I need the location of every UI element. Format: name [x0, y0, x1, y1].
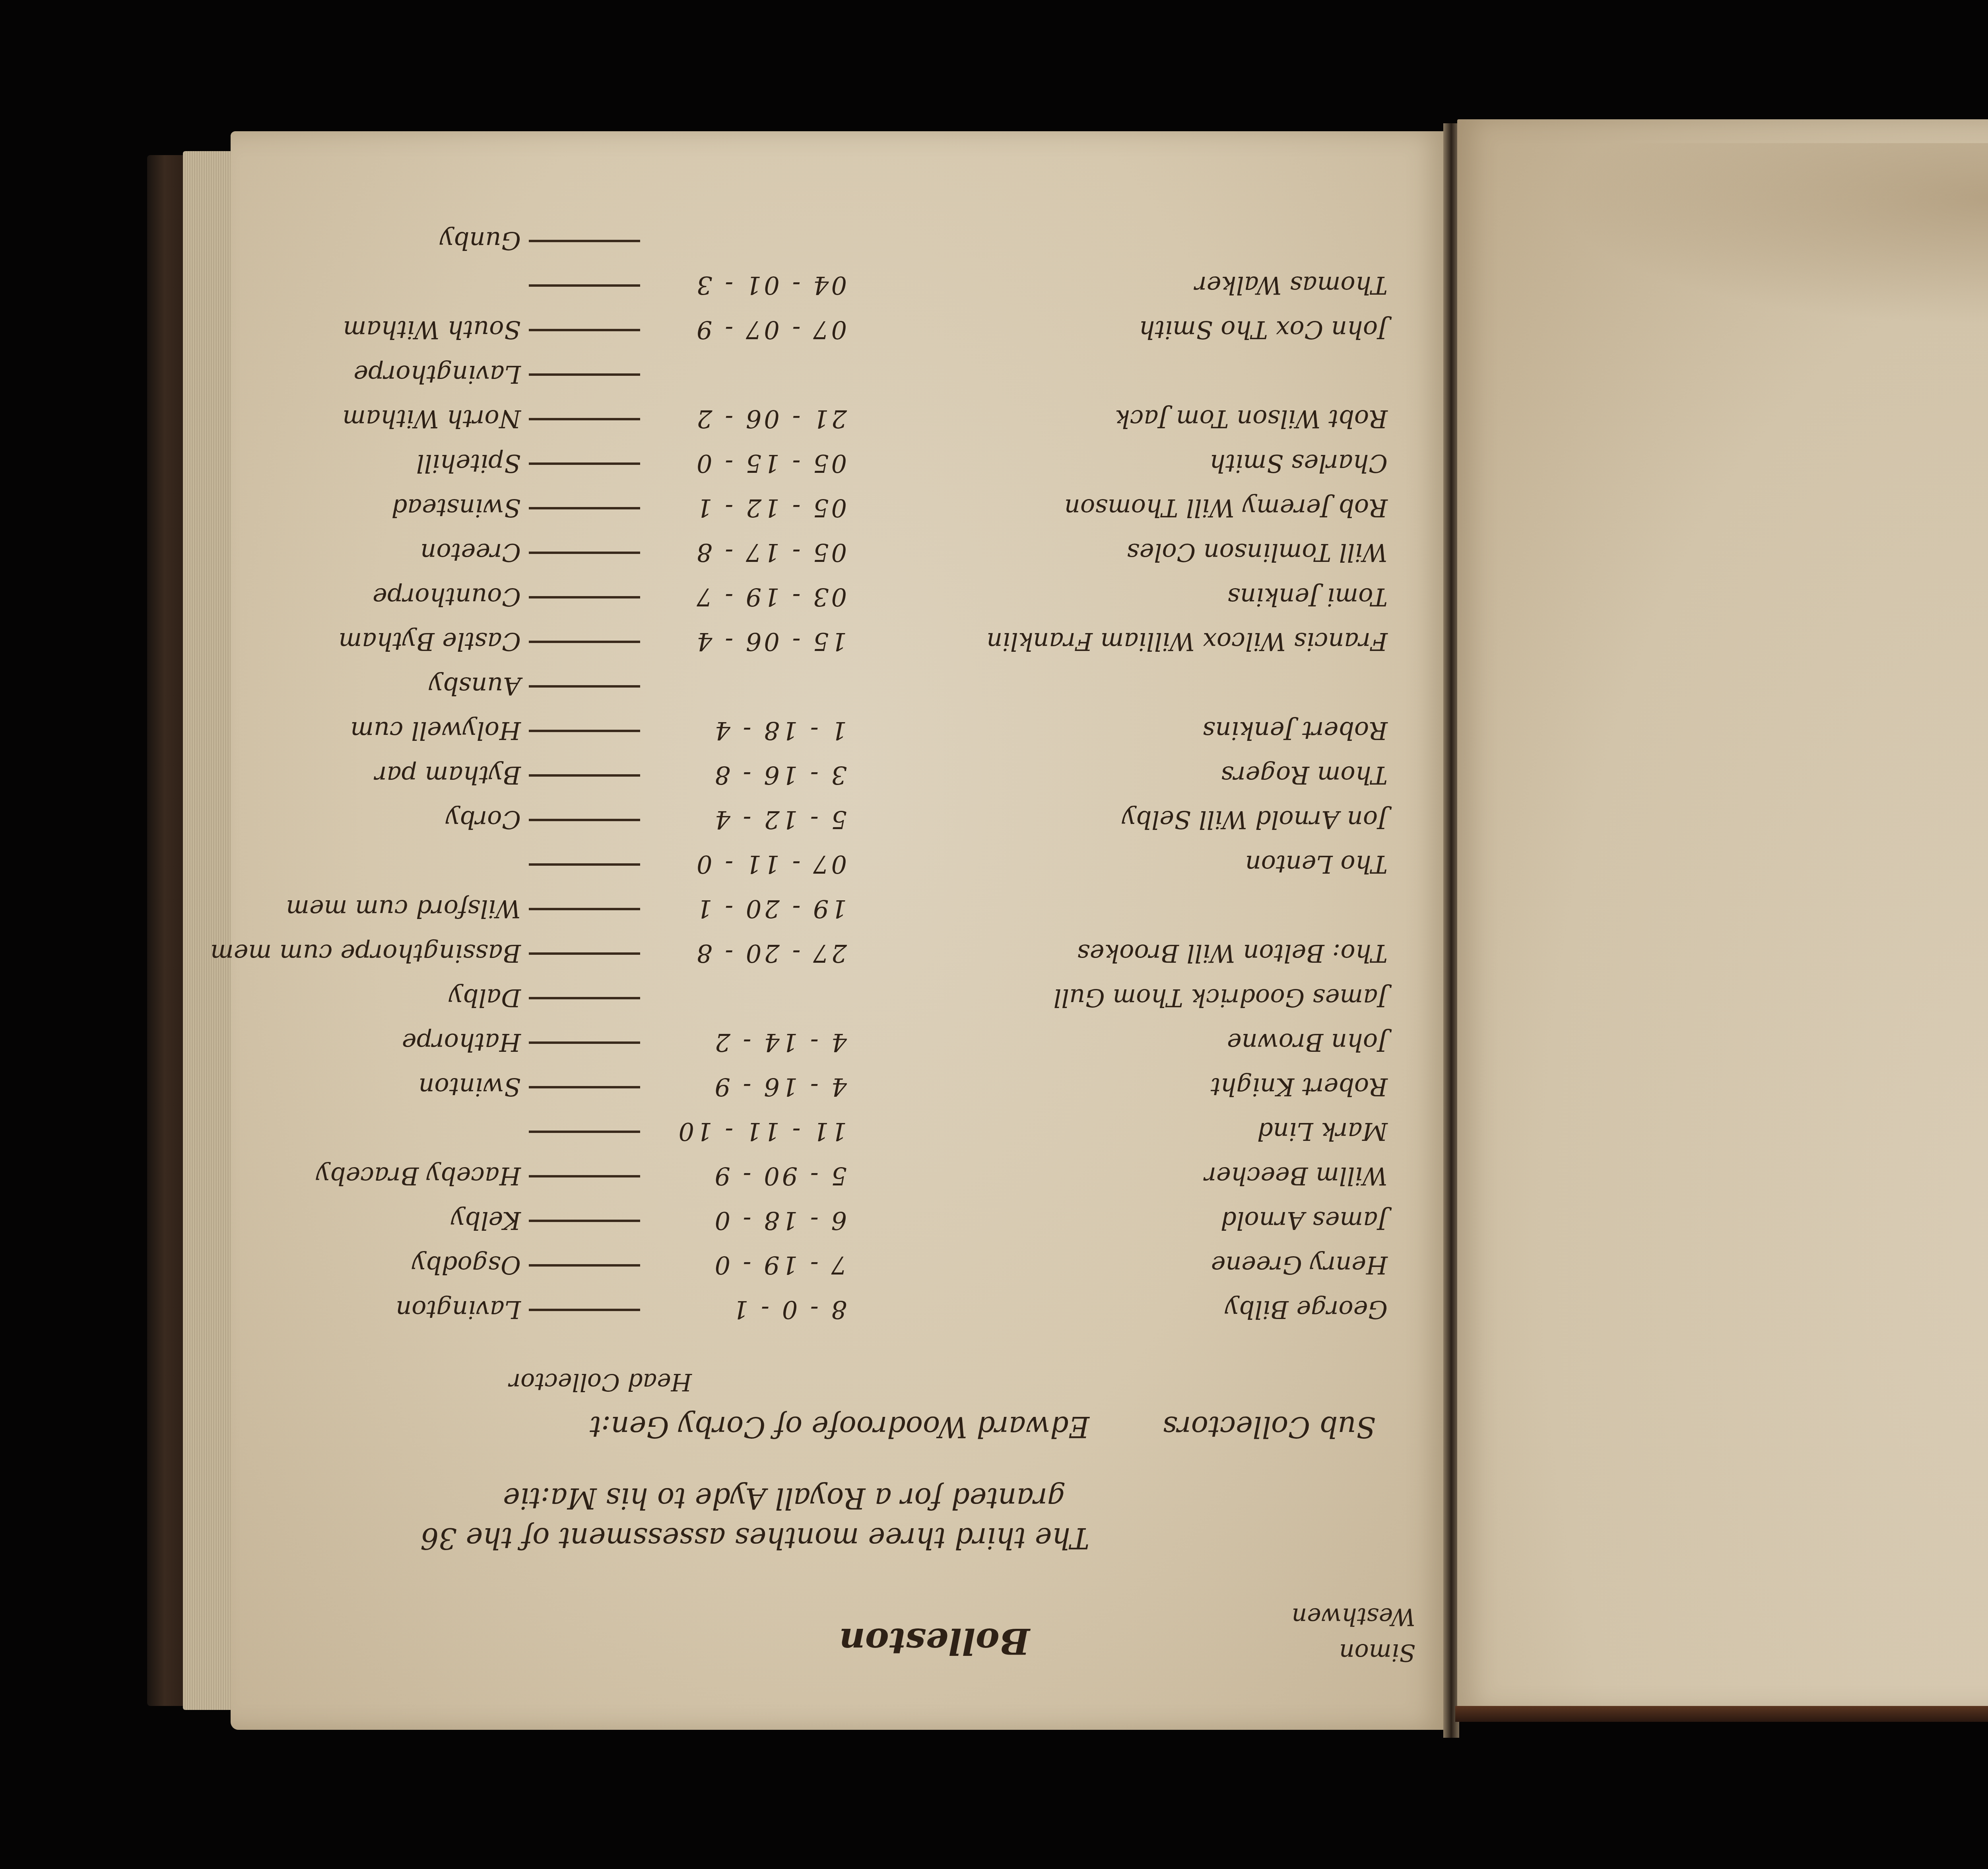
amount: 5 - 12 - 4 — [648, 806, 847, 835]
place-name: Hathorpe — [274, 1028, 521, 1057]
dash-rule — [529, 774, 640, 777]
dash-rule — [529, 908, 640, 910]
ledger-row: Jon Arnold Will Selby5 - 12 - 4Corby — [274, 798, 1388, 842]
ledger-row: 19 - 20 - 1Wilsford cum mem — [274, 887, 1388, 931]
sub-collectors-label: Sub Collectors — [1163, 1410, 1376, 1444]
ledger-row: George Bilby8 - 0 - 1Lavington — [274, 1288, 1388, 1332]
margin-note-line: Westhwen — [1292, 1599, 1415, 1634]
amount: 7 - 19 - 0 — [648, 1251, 847, 1280]
amount: 07 - 07 - 9 — [648, 316, 847, 345]
place-name: Bytham par — [274, 761, 521, 790]
collector-name: Robt Wilson Tom Jack — [847, 405, 1388, 434]
ledger-row: Mark Lind11 - 11 - 10 — [274, 1109, 1388, 1154]
amount: 4 - 14 - 2 — [648, 1028, 847, 1057]
ledger-row: Tomi Jenkins03 - 19 - 7Counthorpe — [274, 575, 1388, 620]
ledger-row: Francis Wilcox William Franklin15 - 06 -… — [274, 620, 1388, 664]
collector-name: Tomi Jenkins — [847, 583, 1388, 612]
place-name: Counthorpe — [274, 583, 521, 612]
dash-rule — [529, 863, 640, 866]
collector-name: Mark Lind — [847, 1117, 1388, 1146]
ledger-row: Aunsby — [274, 664, 1388, 709]
margin-note-line: Simon — [1292, 1634, 1415, 1670]
dash-rule — [529, 284, 640, 287]
collector-name: Will Tomlinson Coles — [847, 538, 1388, 567]
collector-name: John Browne — [847, 1028, 1388, 1057]
amount: 11 - 11 - 10 — [648, 1117, 847, 1146]
water-stain — [1557, 143, 1988, 326]
place-name: Spitehill — [274, 449, 521, 478]
left-page-handwriting: Bolleston Simon Westhwen The third three… — [231, 131, 1447, 1730]
collector-name: Thomas Walker — [847, 271, 1388, 300]
amount: 05 - 12 - 1 — [648, 494, 847, 523]
place-name: Lavingthorpe — [274, 360, 521, 389]
amount: 21 - 06 - 2 — [648, 405, 847, 434]
place-name: Kelby — [274, 1206, 521, 1236]
amount: 6 - 18 - 0 — [648, 1206, 847, 1236]
collector-name: Henry Greene — [847, 1251, 1388, 1280]
page-heading: Bolleston — [839, 1620, 1030, 1662]
open-book: Bolleston Simon Westhwen The third three… — [147, 107, 1988, 1742]
place-name: Castle Bytham — [274, 628, 521, 657]
collector-name: Rob Jeremy Will Thomson — [847, 494, 1388, 523]
dash-rule — [529, 507, 640, 509]
collector-name: John Cox Tho Smith — [847, 316, 1388, 345]
collector-name: Willm Beecher — [847, 1162, 1388, 1191]
page-stack-edge — [183, 151, 235, 1710]
ledger-row: Charles Smith05 - 15 - 0Spitehill — [274, 441, 1388, 486]
ledger-row: Lavingthorpe — [274, 352, 1388, 397]
ledger-row: Gunby — [274, 219, 1388, 263]
dash-rule — [529, 952, 640, 955]
amount: 8 - 0 - 1 — [648, 1296, 847, 1325]
collector-name: Robert Knight — [847, 1073, 1388, 1102]
collector-name: Robert Jenkins — [847, 717, 1388, 746]
dash-rule — [529, 819, 640, 821]
place-name: Osgodby — [274, 1251, 521, 1280]
collector-name: Jon Arnold Will Selby — [847, 806, 1388, 835]
amount: 07 - 11 - 0 — [648, 850, 847, 879]
amount: 3 - 16 - 8 — [648, 761, 847, 790]
collector-name: James Arnold — [847, 1206, 1388, 1236]
collector-name: Charles Smith — [847, 449, 1388, 478]
ledger-row: Thom Rogers3 - 16 - 8Bytham par — [274, 753, 1388, 798]
amount: 4 - 16 - 9 — [648, 1073, 847, 1102]
title-line: The third three monthes assessment of th… — [420, 1521, 1089, 1555]
dash-rule — [529, 1086, 640, 1088]
ledger-entries: George Bilby8 - 0 - 1Lavington Henry Gre… — [274, 219, 1388, 1332]
dash-rule — [529, 1309, 640, 1311]
ledger-row: Rob Jeremy Will Thomson05 - 12 - 1Swinst… — [274, 486, 1388, 530]
dash-rule — [529, 641, 640, 643]
place-name: Swinton — [274, 1073, 521, 1102]
ledger-row: Willm Beecher5 - 90 - 9Haceby Braceby — [274, 1154, 1388, 1199]
place-name: Bassingthorpe cum mem — [274, 939, 521, 968]
ledger-row: Robert Jenkins1 - 18 - 4Holywell cum — [274, 709, 1388, 753]
place-name: Swinstead — [274, 494, 521, 523]
place-name: South Witham — [274, 316, 521, 345]
place-name: Lavington — [274, 1296, 521, 1325]
dash-rule — [529, 1131, 640, 1133]
title-line: granted for a Royall Ayde to his Ma:tie — [503, 1482, 1066, 1515]
amount: 05 - 17 - 8 — [648, 538, 847, 567]
place-name: Gunby — [274, 227, 521, 256]
collector-name: Tho Lenton — [847, 850, 1388, 879]
amount: 19 - 20 - 1 — [648, 895, 847, 924]
amount: 15 - 06 - 4 — [648, 628, 847, 657]
place-name: North Witham — [274, 405, 521, 434]
place-name: Corby — [274, 806, 521, 835]
dash-rule — [529, 596, 640, 598]
amount: 1 - 18 - 4 — [648, 717, 847, 746]
place-name: Holywell cum — [274, 717, 521, 746]
dash-rule — [529, 730, 640, 732]
amount: 05 - 15 - 0 — [648, 449, 847, 478]
margin-note: Simon Westhwen — [1292, 1599, 1415, 1670]
ledger-row: Will Tomlinson Coles05 - 17 - 8Creeton — [274, 530, 1388, 575]
amount: 27 - 20 - 8 — [648, 939, 847, 968]
head-collector-label: Head Collector — [509, 1368, 692, 1396]
dash-rule — [529, 685, 640, 688]
dash-rule — [529, 462, 640, 465]
book-cover-bottom — [1455, 1706, 1988, 1722]
collector-name: Thom Rogers — [847, 761, 1388, 790]
dash-rule — [529, 552, 640, 554]
amount: 04 - 01 - 3 — [648, 271, 847, 300]
ledger-row: Robt Wilson Tom Jack21 - 06 - 2North Wit… — [274, 397, 1388, 441]
place-name: Creeton — [274, 538, 521, 567]
dash-rule — [529, 373, 640, 376]
ledger-row: Henry Greene7 - 19 - 0Osgodby — [274, 1243, 1388, 1288]
dash-rule — [529, 1175, 640, 1177]
collector-name: Tho: Belton Will Brookes — [847, 939, 1388, 968]
amount: 03 - 19 - 7 — [648, 583, 847, 612]
dash-rule — [529, 1041, 640, 1044]
dash-rule — [529, 1220, 640, 1222]
dash-rule — [529, 329, 640, 331]
dash-rule — [529, 418, 640, 420]
collector-name: George Bilby — [847, 1296, 1388, 1325]
place-name: Wilsford cum mem — [274, 895, 521, 924]
place-name: Haceby Braceby — [274, 1162, 521, 1191]
ledger-row: James Goodrick Thom GullDalby — [274, 976, 1388, 1020]
ledger-row: Tho Lenton07 - 11 - 0 — [274, 842, 1388, 887]
place-name: Dalby — [274, 984, 521, 1013]
head-collector-name: Edward Woodroofe of Corby Gen:t — [590, 1410, 1089, 1444]
ledger-row: James Arnold6 - 18 - 0Kelby — [274, 1199, 1388, 1243]
ledger-row: Thomas Walker04 - 01 - 3 — [274, 263, 1388, 308]
collector-name: Francis Wilcox William Franklin — [847, 628, 1388, 657]
ledger-row: Tho: Belton Will Brookes27 - 20 - 8Bassi… — [274, 931, 1388, 976]
dash-rule — [529, 1264, 640, 1267]
ledger-row: John Cox Tho Smith07 - 07 - 9South Witha… — [274, 308, 1388, 352]
right-page — [1457, 119, 1988, 1710]
ledger-row: John Browne4 - 14 - 2Hathorpe — [274, 1020, 1388, 1065]
ledger-row: Robert Knight4 - 16 - 9Swinton — [274, 1065, 1388, 1109]
dash-rule — [529, 997, 640, 999]
amount: 5 - 90 - 9 — [648, 1162, 847, 1191]
collector-name: James Goodrick Thom Gull — [847, 984, 1388, 1013]
place-name: Aunsby — [274, 672, 521, 701]
dash-rule — [529, 240, 640, 242]
